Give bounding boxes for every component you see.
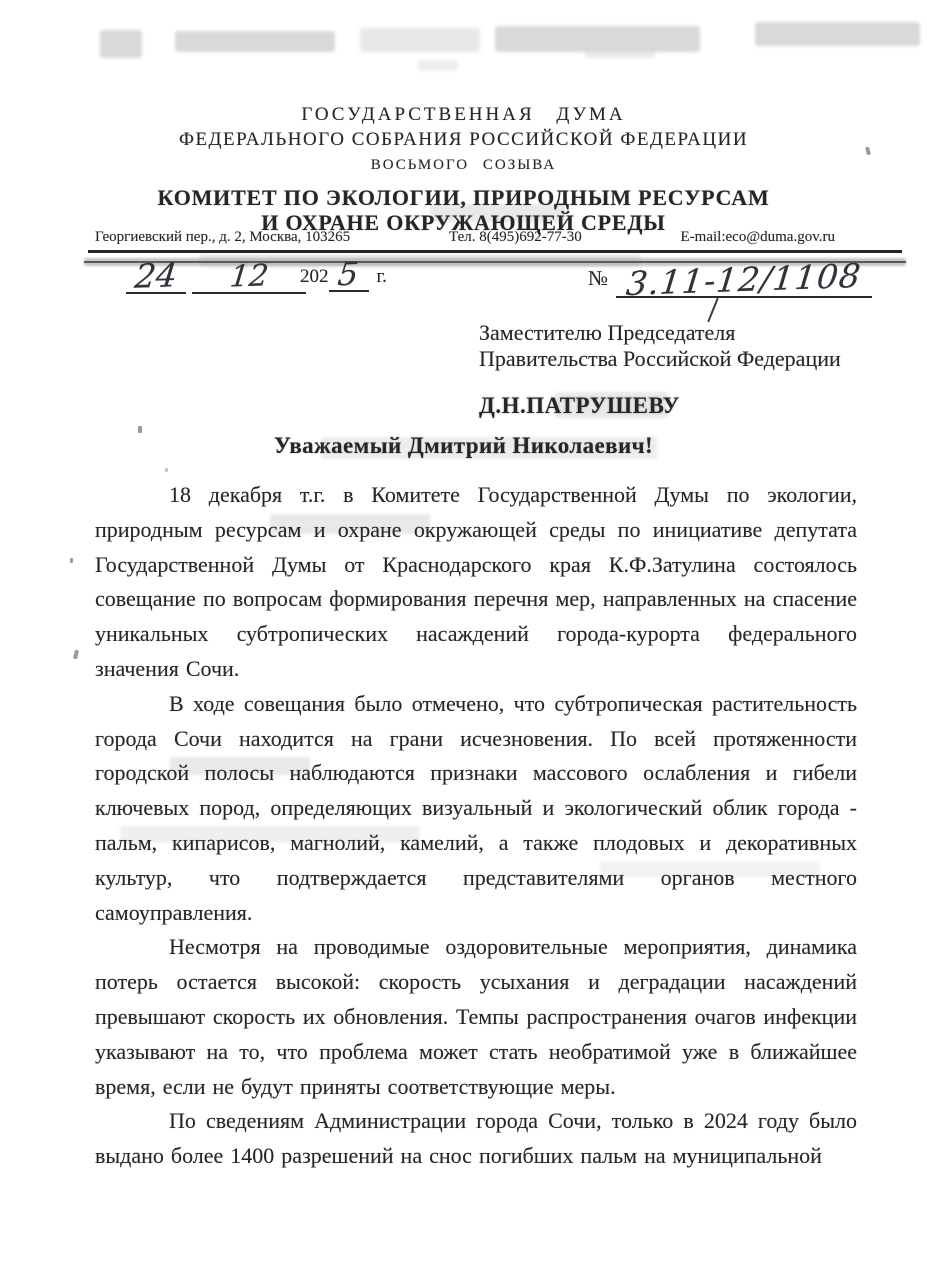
scan-artifact [165,468,168,472]
number-sign: № [588,266,608,291]
date-year-printed: 202 [300,266,329,292]
scan-artifact [138,426,142,433]
org-name-line2: ФЕДЕРАЛЬНОГО СОБРАНИЯ РОССИЙСКОЙ ФЕДЕРАЦ… [0,129,927,151]
scan-artifact [360,28,480,52]
body-paragraph: Несмотря на проводимые оздоровительные м… [95,930,857,1104]
scan-artifact [70,558,73,563]
date-year-field: 202 5 г. [300,256,387,292]
date-day-handwritten: 24 [133,258,179,292]
addressee-name: Д.Н.ПАТРУШЕВУ [479,393,841,419]
addressee-block: Заместителю Председателя Правительства Р… [479,320,841,419]
scan-artifact [585,48,655,58]
scan-artifact [755,22,920,46]
letter-body: 18 декабря т.г. в Комитете Государственн… [95,478,857,1174]
org-name-line3: ВОСЬМОГО СОЗЫВА [0,157,927,174]
scan-artifact [73,650,79,660]
org-name-line1: ГОСУДАРСТВЕННАЯ ДУМА [0,104,927,126]
scan-artifact [495,26,700,52]
committee-name: КОМИТЕТ ПО ЭКОЛОГИИ, ПРИРОДНЫМ РЕСУРСАМ … [0,185,927,235]
scan-artifact [100,30,142,58]
date-year-blank: 5 [329,254,369,292]
salutation: Уважаемый Дмитрий Николаевич! [0,433,927,459]
letterhead: ГОСУДАРСТВЕННАЯ ДУМА ФЕДЕРАЛЬНОГО СОБРАН… [0,104,927,235]
contact-phone: Тел. 8(495)692-77-30 [449,229,582,246]
date-year-suffix: г. [377,266,387,292]
body-paragraph: В ходе совещания было отмечено, что субт… [95,687,857,931]
date-day-field: 24 [126,256,186,294]
ref-number-field: 3.11-12/1108 [616,244,872,298]
contact-address: Георгиевский пер., д. 2, Москва, 103265 [95,229,350,246]
date-year-handwritten: 5 [337,258,361,291]
body-paragraph: 18 декабря т.г. в Комитете Государственн… [95,478,857,687]
scan-artifact [418,60,458,71]
addressee-line1: Заместителю Председателя [479,320,841,346]
addressee-line2: Правительства Российской Федерации [479,346,841,372]
scanned-letter-page: ГОСУДАРСТВЕННАЯ ДУМА ФЕДЕРАЛЬНОГО СОБРАН… [0,0,927,1280]
date-month-handwritten: 12 [228,261,270,292]
body-paragraph: По сведениям Администрации города Сочи, … [95,1104,857,1174]
pen-stroke-tail [707,298,719,323]
date-month-field: 12 [192,256,306,294]
committee-name-line1: КОМИТЕТ ПО ЭКОЛОГИИ, ПРИРОДНЫМ РЕСУРСАМ [0,185,927,210]
scan-artifact [175,31,335,52]
ref-number-handwritten: 3.11-12/1108 [625,259,863,300]
